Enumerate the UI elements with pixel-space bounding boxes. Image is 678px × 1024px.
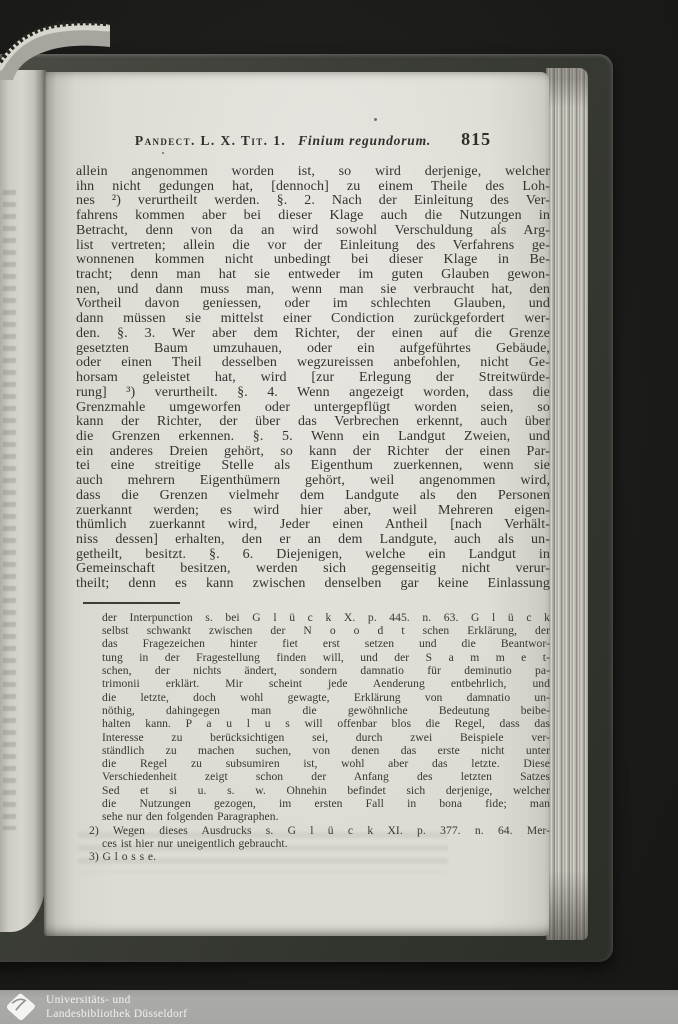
text-line: halten kann. P a u l u s will offenbar b… [102, 717, 550, 730]
text-line: Grenzmahle umgeworfen oder untergepflügt… [76, 401, 550, 416]
text-line: ihn nicht gedungen hat, [dennoch] zu ein… [76, 180, 550, 195]
text-line: oder einen Theil desselben wegzureissen … [76, 356, 550, 371]
text-line: nen, und dann muss man, wenn man sie ver… [76, 283, 550, 298]
text-line: trimonii erklärt. Mir scheint jede Aende… [102, 677, 550, 690]
text-line: theilt; denn es kann zwischen denselben … [76, 577, 550, 592]
text-line: den. §. 3. Wer aber dem Richter, der ein… [76, 327, 550, 342]
footnote-2: 2) Wegen dieses Ausdrucks s. G l ü c k X… [76, 824, 550, 851]
footnote-continuation: der Interpunction s. bei G l ü c k X. p.… [76, 611, 550, 824]
text-line: die letzte, doch wohl gewagte, Erklärung… [102, 691, 550, 704]
library-name-line1: Universitäts- und [46, 993, 187, 1007]
text-line: das Fragezeichen hinter fiet erst setzen… [102, 637, 550, 650]
text-line: wonnenen kommen nicht unbedingt bei dies… [76, 253, 550, 268]
text-line: list vertreten; allein die vor der Einle… [76, 239, 550, 254]
footnote-separator [83, 602, 180, 604]
text-line: Betracht, denn von da an wird sowohl Ver… [76, 224, 550, 239]
text-line: der Interpunction s. bei G l ü c k X. p.… [102, 611, 550, 624]
text-line: selbst schwankt zwischen der N o o d t s… [102, 624, 550, 637]
text-line: tung in der Fragestellung finden will, u… [102, 651, 550, 664]
facing-page-text-bleed [3, 190, 16, 830]
text-line: ständlich zu machen suchen, von denen da… [102, 744, 550, 757]
text-line: tei eine streitige Stelle als Eigenthum … [76, 459, 550, 474]
main-text: allein angenommen worden ist, so wird de… [76, 165, 550, 592]
text-line: fahrens kommen aber bei dieser Klage auc… [76, 209, 550, 224]
text-line: allein angenommen worden ist, so wird de… [76, 165, 550, 180]
book-scan: Pandect. L. X. Tit. 1. Finium regundorum… [0, 0, 678, 1024]
text-line: Sed et si u. s. w. Ohnehin befindet sich… [102, 784, 550, 797]
text-line: auch mehrern Eigenthümern gehört, weil a… [76, 474, 550, 489]
text-line: die Nutzungen gezogen, im ersten Fall in… [102, 797, 550, 810]
running-title: Pandect. L. X. Tit. 1. [135, 133, 286, 149]
text-line: rung] ³) verurtheilt. §. 4. Wenn angezei… [76, 386, 550, 401]
footnote-3: 3) G l o s s e. [76, 850, 550, 863]
text-line: niss dessen] erhalten, den er an dem Lan… [76, 533, 550, 548]
book-page: Pandect. L. X. Tit. 1. Finium regundorum… [44, 72, 549, 936]
facing-page-edge [0, 70, 47, 932]
library-name: Universitäts- und Landesbibliothek Düsse… [46, 993, 187, 1021]
text-line: dass die Grenzen vielmehr dem Landgute a… [76, 489, 550, 504]
text-line: Verschiedenheit zeigt schon der Anfang d… [102, 770, 550, 783]
running-title-italic: Finium regundorum. [298, 133, 431, 149]
text-line: sehe nur den folgenden Paragraphen. [102, 810, 550, 823]
spine-head [0, 16, 110, 80]
text-line: Vortheil davon geniessen, oder im schlec… [76, 297, 550, 312]
page-header: Pandect. L. X. Tit. 1. Finium regundorum… [76, 129, 550, 150]
text-line: horsam geleistet hat, wird [zur Erlegung… [76, 371, 550, 386]
page-number: 815 [461, 129, 491, 150]
text-line: kann der Richter, der über das Verbreche… [76, 415, 550, 430]
text-line: zuerkannt werden; es wird hier aber, wei… [76, 504, 550, 519]
text-line: dann müssen sie mittelst einer Condictio… [76, 312, 550, 327]
text-line: getheilt, besitzt. §. 6. Diejenigen, wel… [76, 548, 550, 563]
text-line: nöthig, dahingegen man die gewöhnliche B… [102, 704, 550, 717]
page-edge-stack [546, 68, 588, 940]
text-line: die Regel zu subsumiren ist, wohl aber d… [102, 757, 550, 770]
text-line: die Grenzen erkennen. §. 5. Wenn ein Lan… [76, 430, 550, 445]
text-line: tracht; denn man hat sie entweder im gut… [76, 268, 550, 283]
text-line: Gemeinschaft besitzen, werden sich gegen… [76, 562, 550, 577]
page-content: Pandect. L. X. Tit. 1. Finium regundorum… [76, 72, 550, 863]
ulb-logo-icon [6, 993, 36, 1021]
text-line: thümlich zuerkannt wird, Jeder einen Ant… [76, 518, 550, 533]
text-line: nes ²) verurtheilt werden. §. 2. Nach de… [76, 194, 550, 209]
text-line: 3) G l o s s e. [89, 850, 550, 863]
text-line: gesetzten Baum umzuhauen, oder ein aufge… [76, 342, 550, 357]
text-line: ein anderes Dreien gehört, so kann der R… [76, 445, 550, 460]
text-line: Interesse zu berücksichtigen sei, durch … [102, 731, 550, 744]
text-line: ces ist hier nur uneigentlich gebraucht. [102, 837, 550, 850]
library-watermark-bar: Universitäts- und Landesbibliothek Düsse… [0, 990, 678, 1024]
text-line: schen, der nichts ändert, sondern damnat… [102, 664, 550, 677]
text-line: 2) Wegen dieses Ausdrucks s. G l ü c k X… [89, 824, 550, 837]
library-name-line2: Landesbibliothek Düsseldorf [46, 1007, 187, 1021]
